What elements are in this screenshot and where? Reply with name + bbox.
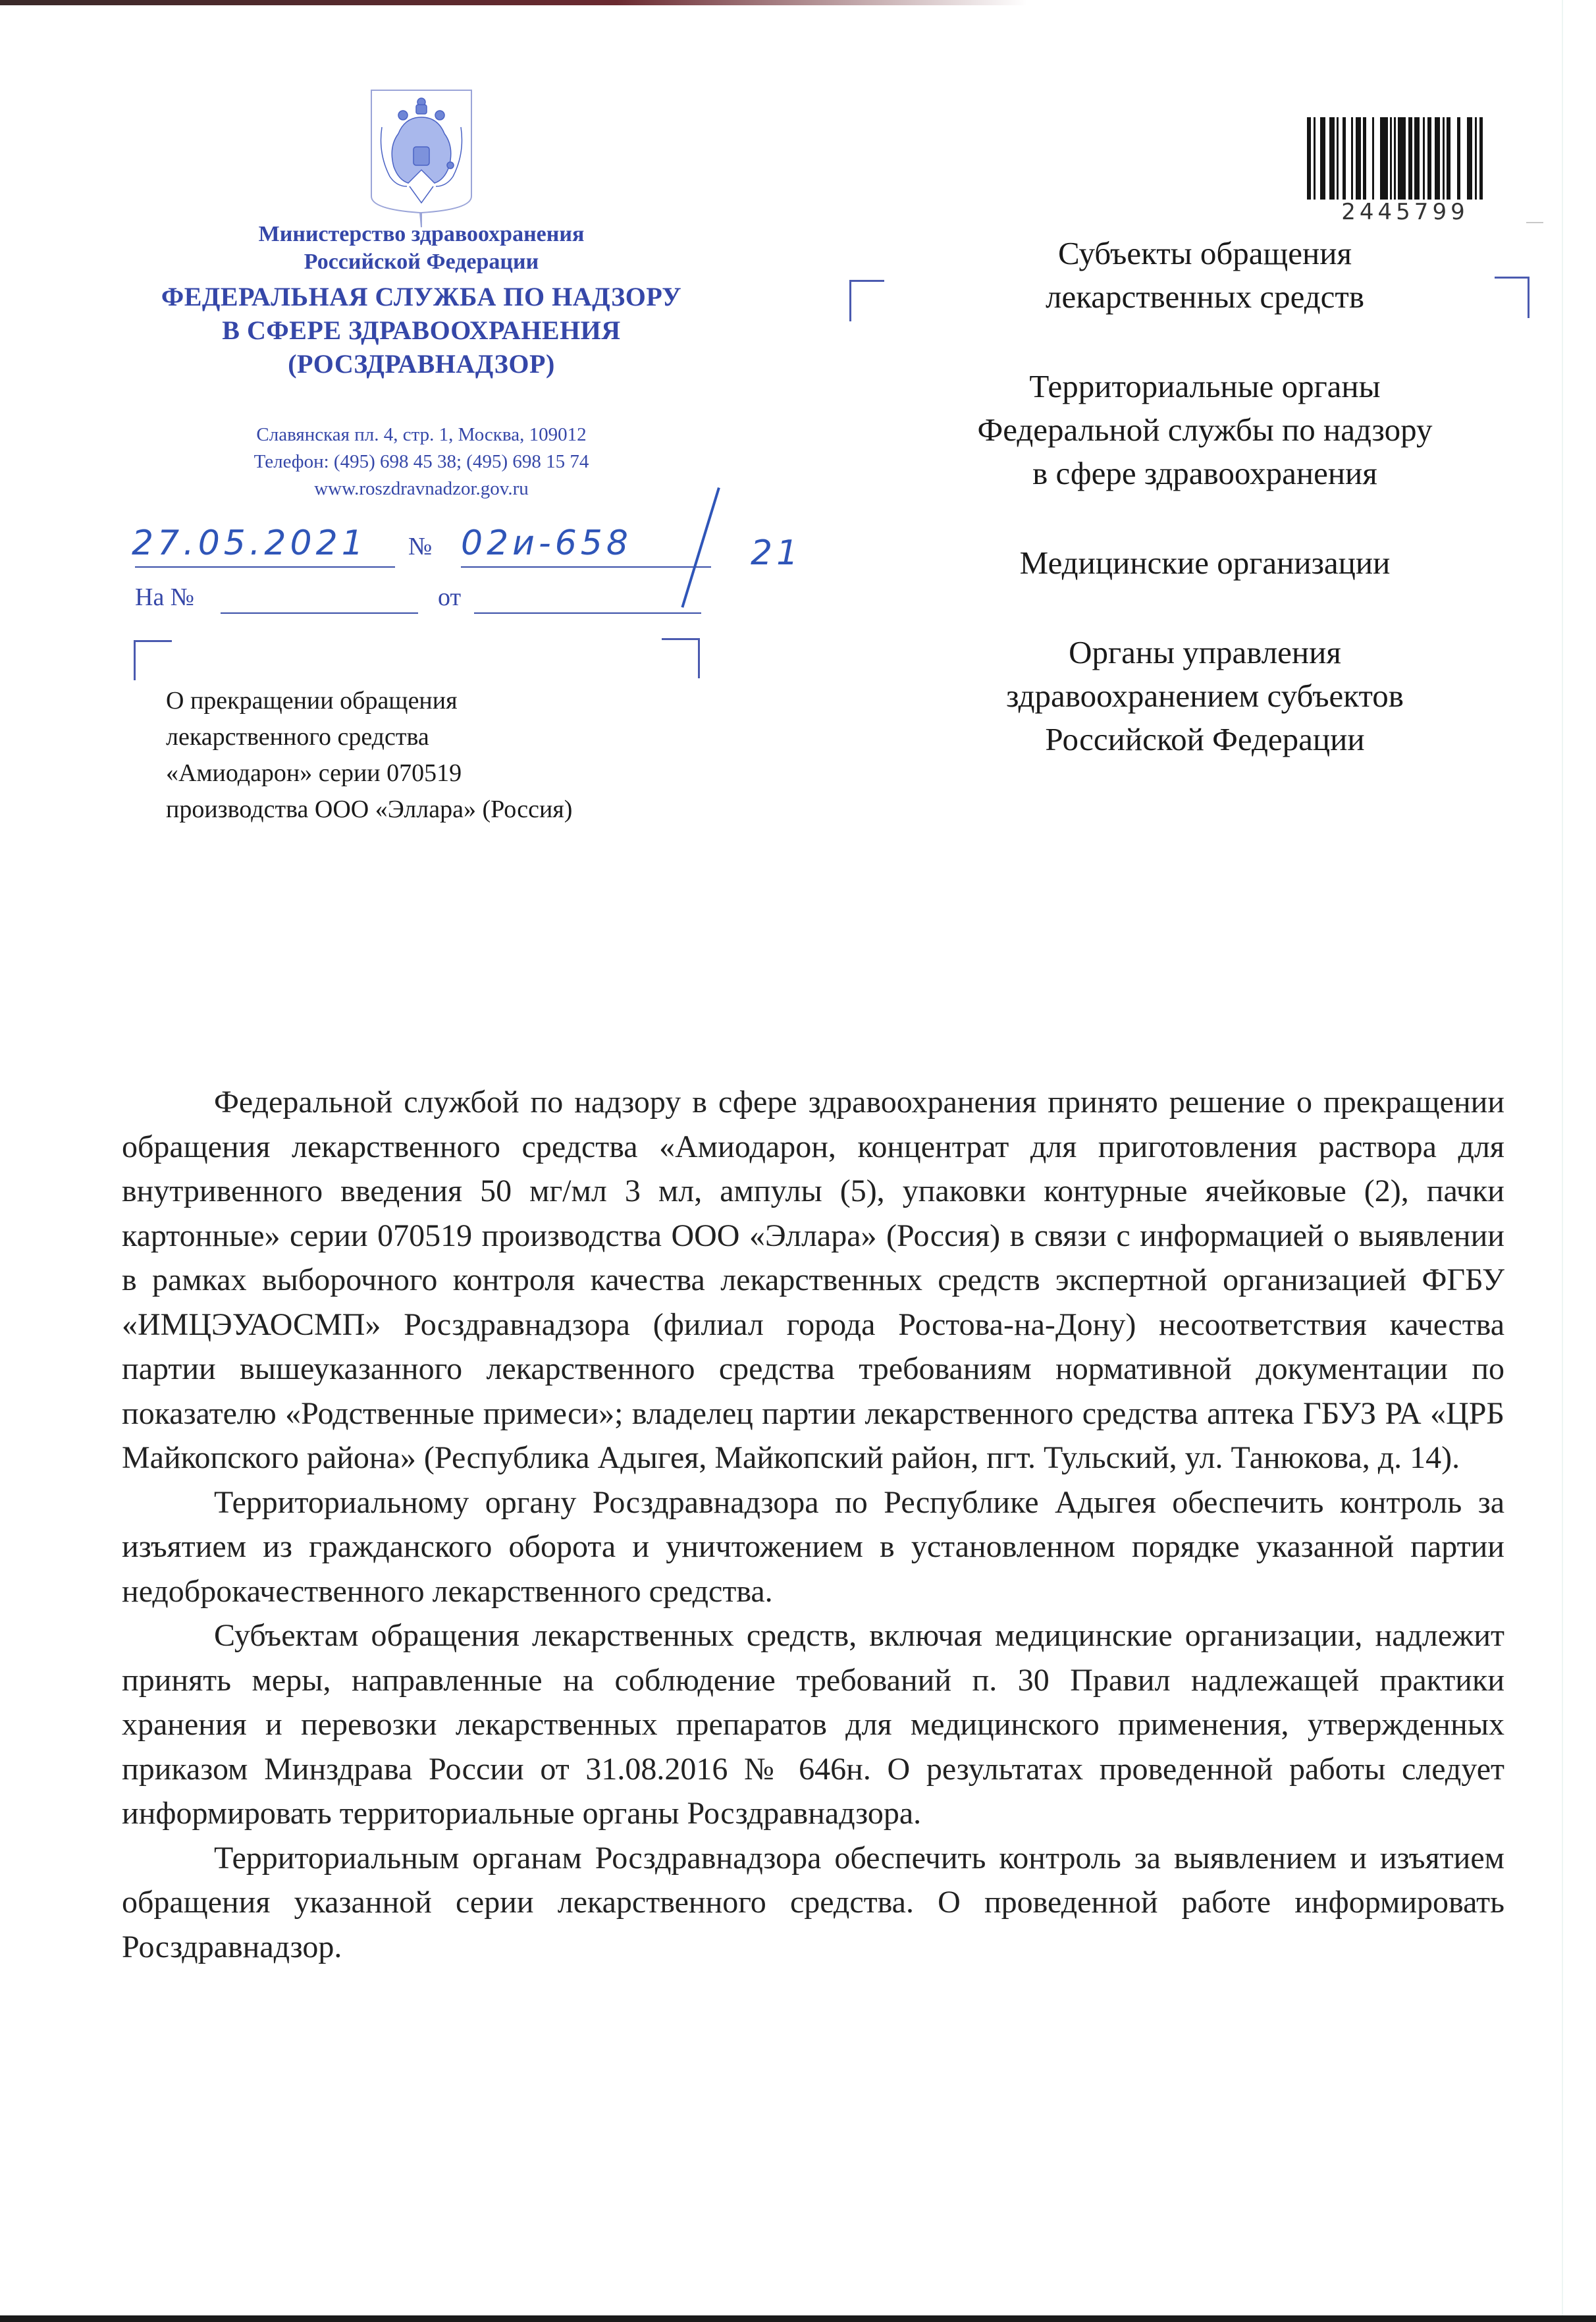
subject-line-2: лекарственного средства bbox=[166, 719, 693, 755]
barcode-number: 2445799 bbox=[1307, 199, 1503, 225]
subject-bracket-right bbox=[662, 638, 700, 678]
recipient-line: Российской Федерации bbox=[915, 718, 1495, 761]
recipient-line: Медицинские организации bbox=[915, 541, 1495, 585]
registration-date: 27.05.2021 bbox=[132, 524, 367, 563]
agency-contacts: Славянская пл. 4, стр. 1, Москва, 109012… bbox=[99, 421, 744, 502]
recipient-health-authorities: Органы управления здравоохранением субъе… bbox=[915, 631, 1495, 761]
agency-line-3: (РОСЗДРАВНАДЗОР) bbox=[99, 347, 744, 381]
agency-line-1: ФЕДЕРАЛЬНАЯ СЛУЖБА ПО НАДЗОРУ bbox=[99, 280, 744, 313]
reply-date-blank bbox=[474, 612, 701, 614]
recipients-bracket-right bbox=[1495, 277, 1529, 318]
handwritten-slash bbox=[681, 487, 720, 608]
ministry-line-1: Министерство здравоохранения bbox=[99, 221, 744, 248]
number-label: № bbox=[408, 532, 432, 561]
recipient-line: Субъекты обращения bbox=[915, 232, 1495, 275]
recipient-drug-circulation-subjects: Субъекты обращения лекарственных средств bbox=[915, 232, 1495, 319]
recipient-line: Федеральной службы по надзору bbox=[915, 408, 1495, 452]
recipient-line: в сфере здравоохранения bbox=[915, 452, 1495, 495]
registration-number-suffix: 21 bbox=[751, 533, 802, 573]
agency-phone: Телефон: (495) 698 45 38; (495) 698 15 7… bbox=[99, 448, 744, 475]
recipient-line: лекарственных средств bbox=[915, 275, 1495, 319]
reply-number-label: На № bbox=[135, 583, 194, 612]
number-underline bbox=[461, 566, 711, 568]
ministry-line-2: Российской Федерации bbox=[99, 248, 744, 276]
recipient-medical-organizations: Медицинские организации bbox=[915, 541, 1495, 585]
letter-subject: О прекращении обращения лекарственного с… bbox=[166, 683, 693, 828]
body-paragraph: Территориальному органу Росздравнадзора … bbox=[122, 1480, 1504, 1614]
subject-line-1: О прекращении обращения bbox=[166, 683, 693, 719]
scan-edge-right bbox=[1562, 0, 1563, 2315]
agency-address: Славянская пл. 4, стр. 1, Москва, 109012 bbox=[99, 421, 744, 448]
body-paragraph: Субъектам обращения лекарственных средст… bbox=[122, 1613, 1504, 1836]
ministry-name: Министерство здравоохранения Российской … bbox=[99, 221, 744, 276]
reply-number-blank bbox=[221, 612, 418, 614]
recipients-block: Субъекты обращения лекарственных средств… bbox=[915, 232, 1495, 807]
recipient-line: Территориальные органы bbox=[915, 365, 1495, 408]
subject-line-3: «Амиодарон» серии 070519 bbox=[166, 755, 693, 792]
letter-body: Федеральной службой по надзору в сфере з… bbox=[122, 1080, 1504, 1969]
subject-line-4: производства ООО «Эллара» (Россия) bbox=[166, 792, 693, 828]
registration-number: 02и-658 bbox=[461, 524, 632, 563]
agency-line-2: В СФЕРЕ ЗДРАВООХРАНЕНИЯ bbox=[99, 313, 744, 347]
agency-website: www.roszdravnadzor.gov.ru bbox=[99, 475, 744, 502]
russian-coat-of-arms-icon bbox=[369, 88, 474, 229]
agency-name: ФЕДЕРАЛЬНАЯ СЛУЖБА ПО НАДЗОРУ В СФЕРЕ ЗД… bbox=[99, 280, 744, 381]
fold-mark bbox=[1526, 222, 1543, 223]
subject-bracket-left bbox=[134, 640, 172, 680]
recipient-line: Органы управления bbox=[915, 631, 1495, 674]
date-underline bbox=[135, 566, 395, 568]
reply-from-label: от bbox=[438, 583, 461, 612]
scan-edge-bottom bbox=[0, 2315, 1596, 2322]
scan-edge-top bbox=[0, 0, 1027, 5]
recipient-line: здравоохранением субъектов bbox=[915, 674, 1495, 718]
body-paragraph: Территориальным органам Росздравнадзора … bbox=[122, 1836, 1504, 1970]
barcode bbox=[1307, 117, 1503, 200]
recipient-territorial-bodies: Территориальные органы Федеральной служб… bbox=[915, 365, 1495, 495]
body-paragraph: Федеральной службой по надзору в сфере з… bbox=[122, 1080, 1504, 1480]
recipients-bracket-left bbox=[849, 280, 884, 321]
